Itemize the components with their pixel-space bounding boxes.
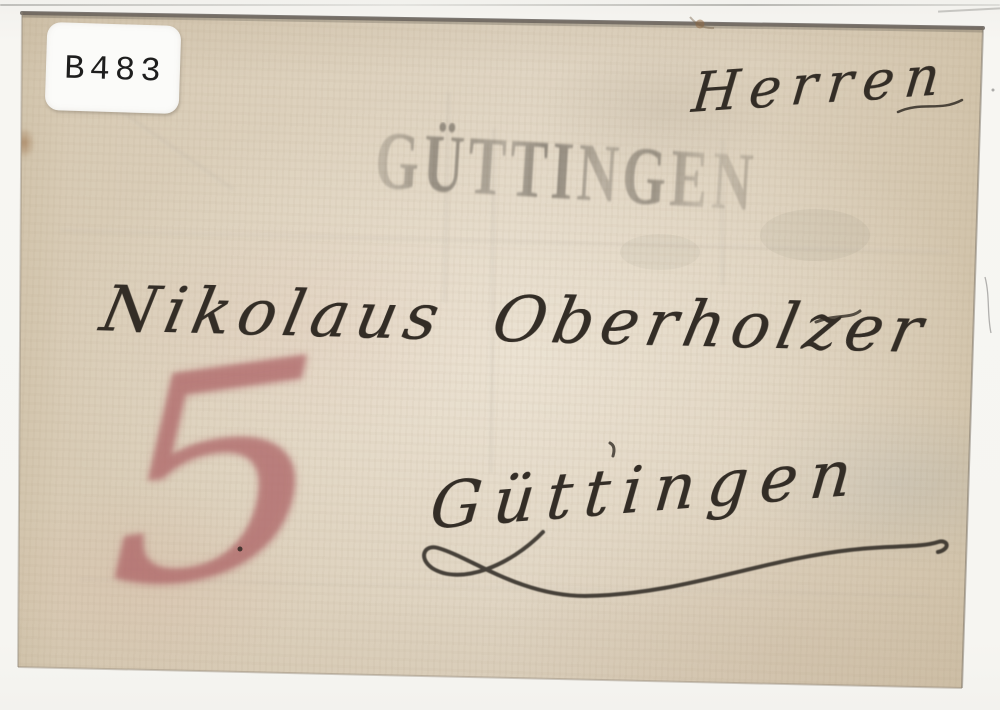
inventory-label: B483 (45, 22, 182, 114)
paper-stain (13, 127, 35, 159)
photo-of-letter: GÜTTINGEN Herren Nikolaus Oberholzer 5 G… (0, 0, 1000, 710)
red-crayon-rate-mark: 5 (107, 319, 328, 633)
margin-speck (992, 89, 995, 92)
sleeve-edge-line (0, 4, 1000, 6)
sleeve-corner-line (938, 7, 1000, 12)
stray-fiber (985, 277, 991, 333)
paper-fold-line (60, 229, 950, 254)
inventory-label-text: B483 (64, 50, 167, 91)
